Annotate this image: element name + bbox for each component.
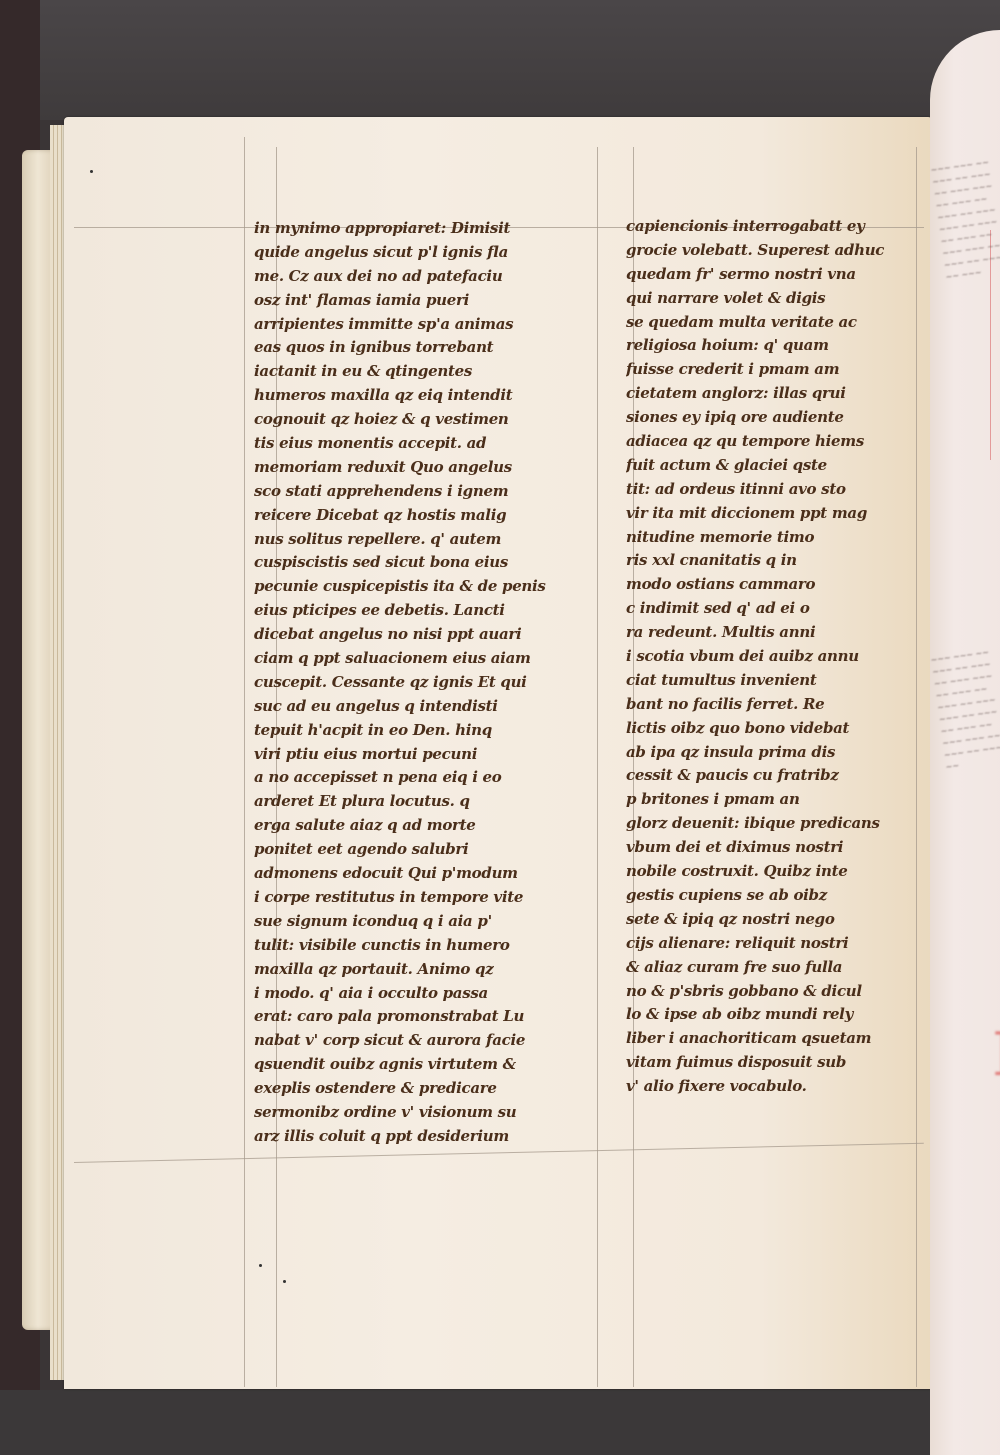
manuscript-line: ab ipa qz insula prima dis [626,741,926,765]
manuscript-line: siones ey ipiq ore audiente [626,406,926,430]
manuscript-line: c indimit sed q' ad ei o [626,597,926,621]
manuscript-line: vir ita mit diccionem ppt mag [626,502,926,526]
manuscript-line: gestis cupiens se ab oibz [626,884,926,908]
manuscript-line: capiencionis interrogabatt ey [626,215,926,239]
manuscript-line: lo & ipse ab oibz mundi rely [626,1003,926,1027]
manuscript-line: arripientes immitte sp'a animas [254,313,604,337]
facing-recto-page-edge: ~~~ ~~~ ~~ ~~~ ~~ ~~~ ~~ ~~~ ~~~ ~~ ~~~ … [930,30,1000,1455]
prick-mark [90,170,93,173]
manuscript-line: cognouit qz hoiez & q vestimen [254,408,604,432]
manuscript-line: quedam fr' sermo nostri vna [626,263,926,287]
manuscript-line: p britones i pmam an [626,788,926,812]
manuscript-line: cessit & paucis cu fratribz [626,764,926,788]
manuscript-line: i modo. q' aia i occulto passa [254,982,604,1006]
prick-mark [259,1264,262,1267]
rubric-initial: F [992,1020,1000,1090]
manuscript-line: cuspiscistis sed sicut bona eius [254,551,604,575]
manuscript-line: arz illis coluit q ppt desiderium [254,1125,604,1149]
manuscript-line: quide angelus sicut p'l ignis fla [254,241,604,265]
manuscript-line: fuit actum & glaciei qste [626,454,926,478]
facing-page-text-blurred: ~~~ ~~~ ~~ ~~~ ~~ ~~~ ~~ ~~~ ~~~ ~~ ~~~ … [930,156,1000,283]
manuscript-line: cietatem anglorz: illas qrui [626,382,926,406]
manuscript-line: fuisse crederit i pmam am [626,358,926,382]
manuscript-line: a no accepisset n pena eiq i eo [254,766,604,790]
manuscript-line: sue signum iconduq q i aia p' [254,910,604,934]
text-column-left: in mynimo appropiaret: Dimisitquide ange… [254,217,604,1149]
manuscript-line: erat: caro pala promonstrabat Lu [254,1005,604,1029]
manuscript-line: maxilla qz portauit. Animo qz [254,958,604,982]
manuscript-line: ra redeunt. Multis anni [626,621,926,645]
manuscript-line: & aliaz curam fre suo fulla [626,956,926,980]
manuscript-line: vitam fuimus disposuit sub [626,1051,926,1075]
manuscript-line: adiacea qz qu tempore hiems [626,430,926,454]
manuscript-line: humeros maxilla qz eiq intendit [254,384,604,408]
manuscript-line: ciat tumultus invenient [626,669,926,693]
manuscript-line: iactanit in eu & qtingentes [254,360,604,384]
manuscript-line: sete & ipiq qz nostri nego [626,908,926,932]
manuscript-line: tit: ad ordeus itinni avo sto [626,478,926,502]
manuscript-line: dicebat angelus no nisi ppt auari [254,623,604,647]
manuscript-line: nobile costruxit. Quibz inte [626,860,926,884]
photo-backdrop-bottom [0,1390,1000,1455]
manuscript-line: me. Cz aux dei no ad patefaciu [254,265,604,289]
manuscript-line: in mynimo appropiaret: Dimisit [254,217,604,241]
prick-mark [283,1280,286,1283]
manuscript-line: erga salute aiaz q ad morte [254,814,604,838]
manuscript-line: glorz deuenit: ibique predicans [626,812,926,836]
manuscript-line: ciam q ppt saluacionem eius aiam [254,647,604,671]
manuscript-line: religiosa hoium: q' quam [626,334,926,358]
manuscript-line: sco stati apprehendens i ignem [254,480,604,504]
manuscript-line: suc ad eu angelus q intendisti [254,695,604,719]
manuscript-line: lictis oibz quo bono videbat [626,717,926,741]
manuscript-line: arderet Et plura locutus. q [254,790,604,814]
manuscript-line: nus solitus repellere. q' autem [254,528,604,552]
manuscript-line: cijs alienare: reliquit nostri [626,932,926,956]
photo-backdrop-top [0,0,1000,120]
manuscript-line: grocie volebatt. Superest adhuc [626,239,926,263]
manuscript-line: qui narrare volet & digis [626,287,926,311]
manuscript-line: tepuit h'acpit in eo Den. hinq [254,719,604,743]
manuscript-line: osz int' flamas iamia pueri [254,289,604,313]
manuscript-verso-page: in mynimo appropiaret: Dimisitquide ange… [64,117,934,1389]
manuscript-line: se quedam multa veritate ac [626,311,926,335]
manuscript-line: nabat v' corp sicut & aurora facie [254,1029,604,1053]
manuscript-line: ponitet eet agendo salubri [254,838,604,862]
ruling-outer-left [244,137,245,1387]
manuscript-line: tis eius monentis accepit. ad [254,432,604,456]
manuscript-line: i scotia vbum dei auibz annu [626,645,926,669]
manuscript-line: admonens edocuit Qui p'modum [254,862,604,886]
manuscript-line: eius pticipes ee debetis. Lancti [254,599,604,623]
facing-page-text-blurred: ~~~ ~~~ ~~ ~~~ ~~ ~~~ ~~ ~~~ ~~~ ~~ ~~~ … [930,646,1000,773]
manuscript-line: eas quos in ignibus torrebant [254,336,604,360]
manuscript-line: reicere Dicebat qz hostis malig [254,504,604,528]
manuscript-line: qsuendit ouibz agnis virtutem & [254,1053,604,1077]
manuscript-line: i corpe restitutus in tempore vite [254,886,604,910]
manuscript-line: nitudine memorie timo [626,526,926,550]
manuscript-line: liber i anachoriticam qsuetam [626,1027,926,1051]
manuscript-line: viri ptiu eius mortui pecuni [254,743,604,767]
text-column-right: capiencionis interrogabatt eygrocie vole… [626,215,926,1099]
manuscript-line: v' alio fixere vocabulo. [626,1075,926,1099]
manuscript-line: pecunie cuspicepistis ita & de penis [254,575,604,599]
manuscript-line: tulit: visibile cunctis in humero [254,934,604,958]
manuscript-line: no & p'sbris gobbano & dicul [626,980,926,1004]
manuscript-line: memoriam reduxit Quo angelus [254,456,604,480]
manuscript-line: ris xxl cnanitatis q in [626,549,926,573]
manuscript-line: cuscepit. Cessante qz ignis Et qui [254,671,604,695]
manuscript-line: vbum dei et diximus nostri [626,836,926,860]
manuscript-line: sermonibz ordine v' visionum su [254,1101,604,1125]
manuscript-line: bant no facilis ferret. Re [626,693,926,717]
manuscript-line: modo ostians cammaro [626,573,926,597]
manuscript-line: exeplis ostendere & predicare [254,1077,604,1101]
